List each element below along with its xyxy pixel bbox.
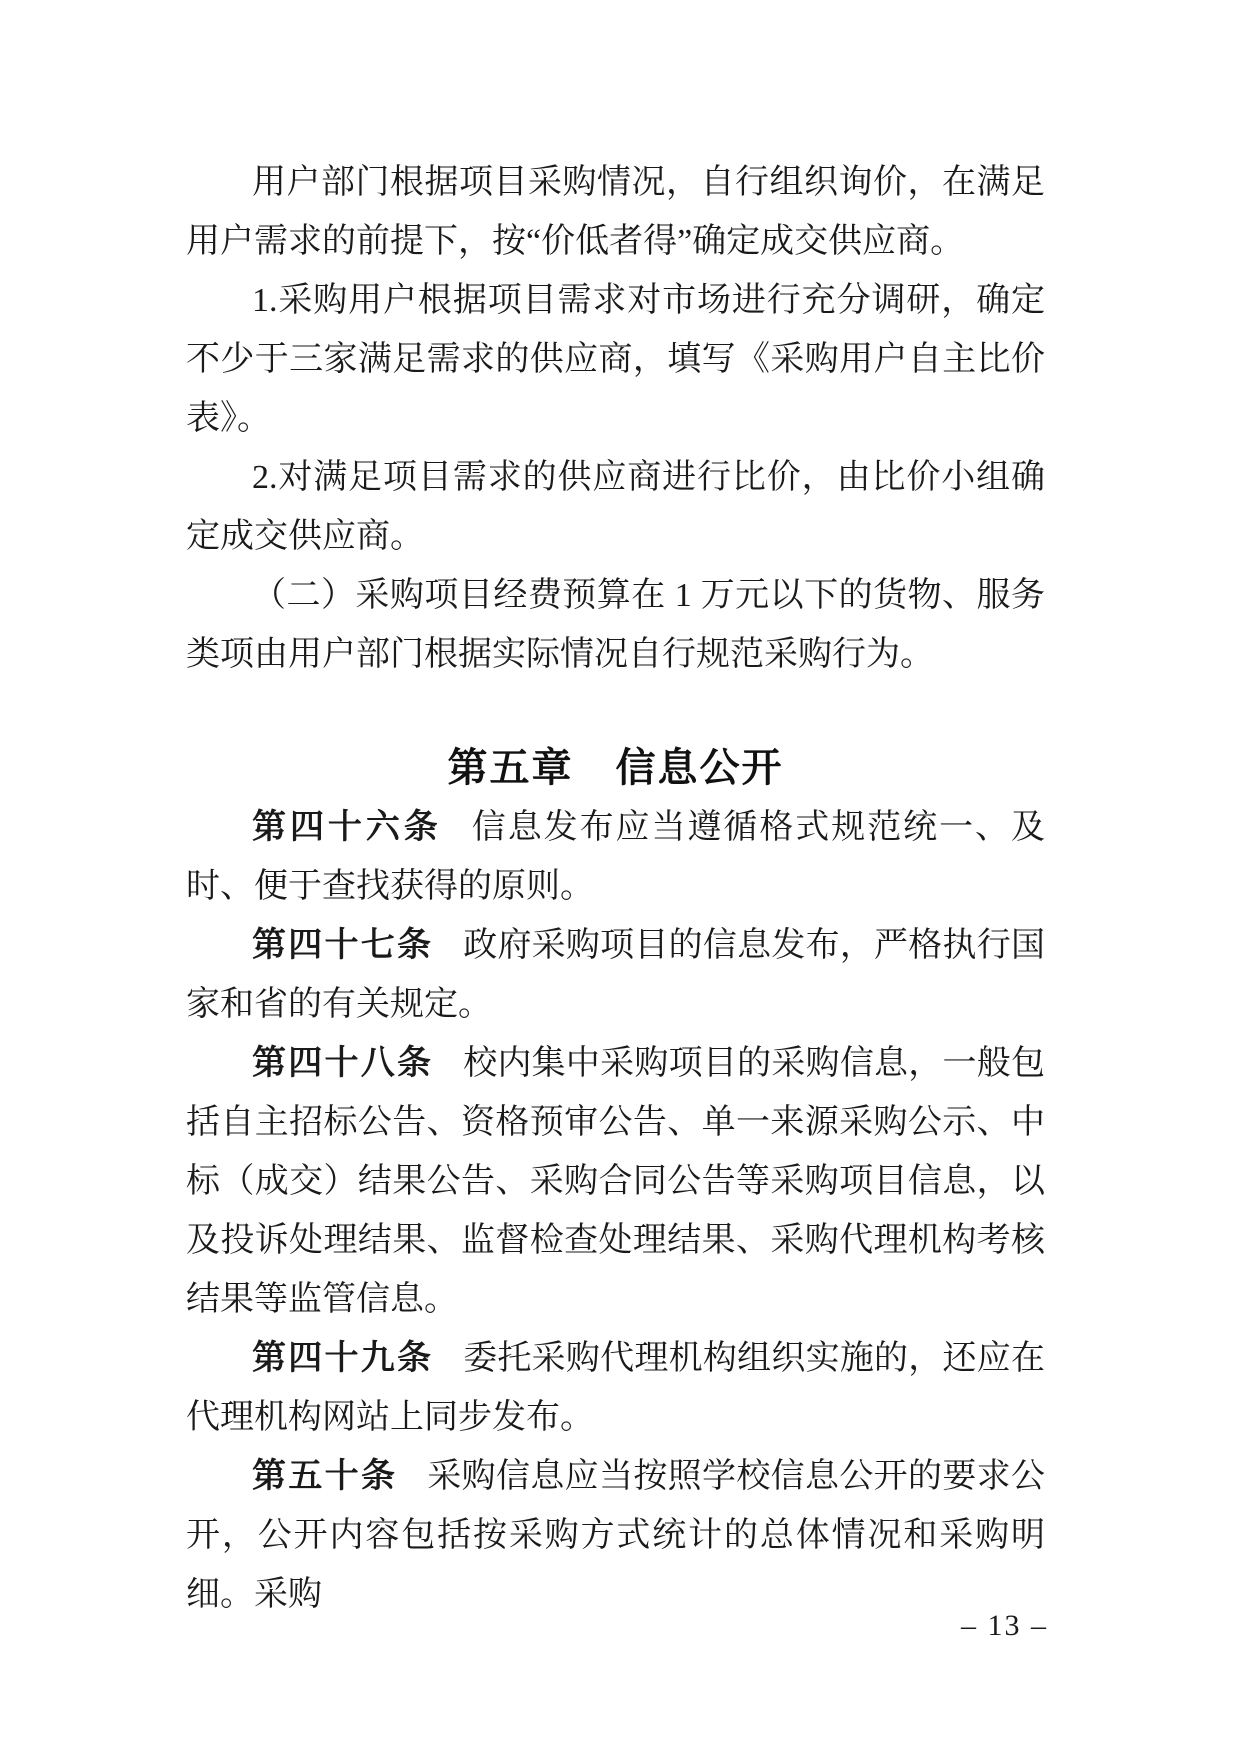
paragraph: 2.对满足项目需求的供应商进行比价，由比价小组确定成交供应商。 <box>186 448 1045 566</box>
article-paragraph: 第五十条采购信息应当按照学校信息公开的要求公开，公开内容包括按采购方式统计的总体… <box>186 1447 1045 1624</box>
paragraph: 用户部门根据项目采购情况，自行组织询价，在满足用户需求的前提下，按“价低者得”确… <box>186 153 1045 271</box>
article-number: 第四十七条 <box>252 926 433 964</box>
article-number: 第四十九条 <box>252 1339 433 1377</box>
article-paragraph: 第四十八条校内集中采购项目的采购信息，一般包括自主招标公告、资格预审公告、单一来… <box>186 1034 1045 1329</box>
article-text: 校内集中采购项目的采购信息，一般包括自主招标公告、资格预审公告、单一来源采购公示… <box>186 1045 1045 1318</box>
document-body: 用户部门根据项目采购情况，自行组织询价，在满足用户需求的前提下，按“价低者得”确… <box>186 153 1045 1624</box>
chapter-heading: 第五章 信息公开 <box>186 739 1045 798</box>
page-number: – 13 – <box>961 1610 1048 1642</box>
paragraph: （二）采购项目经费预算在 1 万元以下的货物、服务类项由用户部门根据实际情况自行… <box>186 566 1045 684</box>
paragraph: 1.采购用户根据项目需求对市场进行充分调研，确定不少于三家满足需求的供应商，填写… <box>186 271 1045 448</box>
article-paragraph: 第四十九条委托采购代理机构组织实施的，还应在代理机构网站上同步发布。 <box>186 1329 1045 1447</box>
article-number: 第四十八条 <box>252 1044 433 1082</box>
document-page: 用户部门根据项目采购情况，自行组织询价，在满足用户需求的前提下，按“价低者得”确… <box>0 0 1240 1753</box>
article-number: 第五十条 <box>252 1457 397 1495</box>
article-paragraph: 第四十七条政府采购项目的信息发布，严格执行国家和省的有关规定。 <box>186 916 1045 1034</box>
article-paragraph: 第四十六条信息发布应当遵循格式规范统一、及时、便于查找获得的原则。 <box>186 798 1045 916</box>
article-number: 第四十六条 <box>252 808 442 846</box>
